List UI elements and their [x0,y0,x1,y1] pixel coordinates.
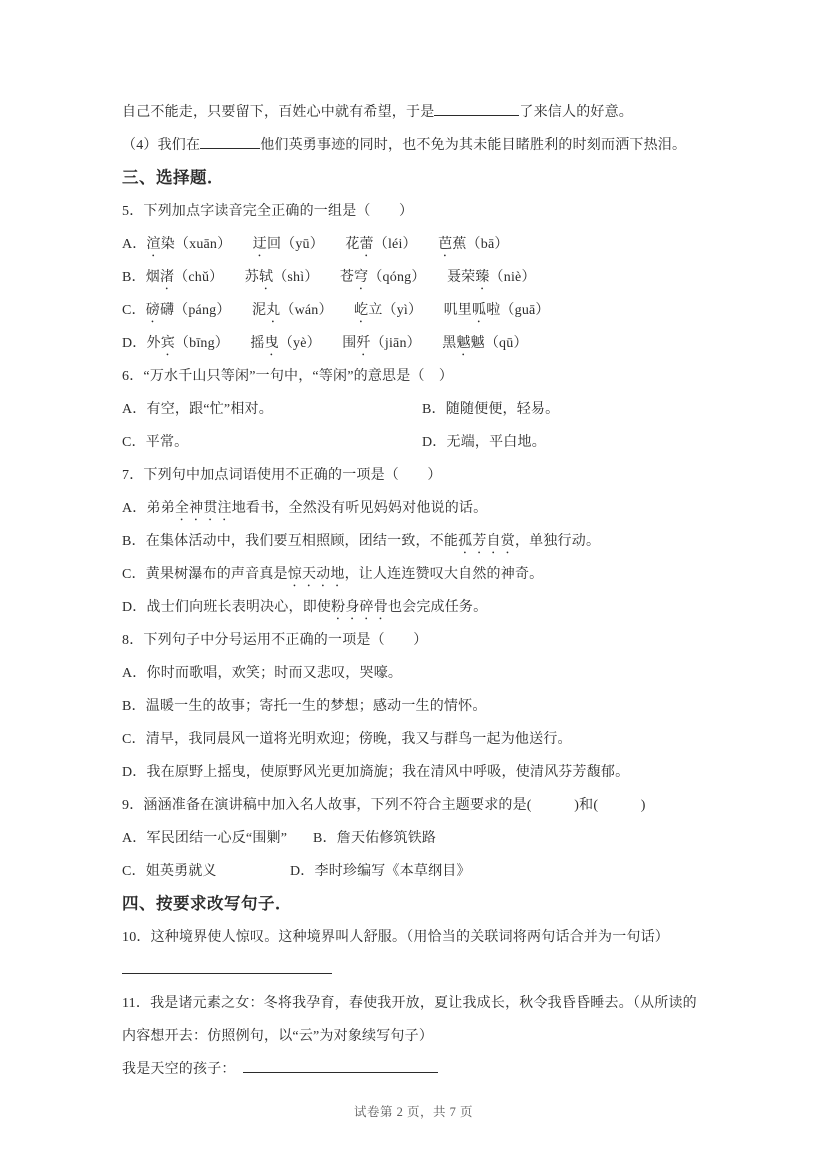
text-segment: A．你时而歌唱，欢笑；时而又悲叹，哭嚎。 [122,666,402,681]
text-segment: D．无端，平白地。 [422,435,546,450]
text-segment: 自己不能走，只要留下，百姓心中就有希望，于是 [122,105,434,120]
text-segment: C．清早，我同晨风一道将光明欢迎；傍晚，我又与群鸟一起为他送行。 [122,732,572,747]
text-segment: 啦（guā） [486,303,549,318]
text-segment: （4）我们在 [122,138,200,153]
q6-options-ab: A．有空，跟“忙”相对。B．随随便便，轻易。 [122,393,706,426]
q6-options-cd: C．平常。D．无端，平白地。 [122,426,706,459]
text-segment: 惊天动地 [288,567,345,582]
text-segment: 四、按要求改写句子． [122,895,292,913]
text-segment: 礴（páng） 泥 [160,303,266,318]
fill-blank-sentence-continued: 自己不能走，只要留下，百姓心中就有希望，于是了来信人的好意。 [122,96,706,129]
text-segment: 立（yì） 叽里 [368,303,472,318]
text-segment: 5．下列加点字读音完全正确的一组是（ ） [122,204,413,219]
q10-answer-line [122,954,706,987]
text-segment: 8．下列句子中分号运用不正确的一项是（ ） [122,633,427,648]
text-segment: D．战士们向班长表明决心，即使 [122,600,331,615]
text-segment: 染（xuān） [161,237,253,252]
text-segment: 地看书，全然没有听见妈妈对他说的话。 [232,501,488,516]
text-segment: 曳 [265,336,279,351]
text-segment: 魆 [456,336,470,351]
text-segment: ，单独行动。 [515,534,600,549]
text-segment: 渚 [160,270,174,285]
text-segment: B．温暖一生的故事；寄托一生的梦想；感动一生的情怀。 [122,699,487,714]
q5-stem: 5．下列加点字读音完全正确的一组是（ ） [122,195,706,228]
text-segment: 歼 [356,336,370,351]
text-segment: 屹 [354,303,368,318]
answer-blank [122,970,332,974]
text-segment: （jiān） 黑 [371,336,457,351]
text-segment: 蕉（bā） [452,237,508,252]
text-segment: B．在集体活动中，我们要互相照顾，团结一致，不能 [122,534,458,549]
text-segment: 10．这种境界使人惊叹。这种境界叫人舒服。（用恰当的关联词将两句话合并为一句话） [122,930,669,945]
text-segment: 他们英勇事迹的同时，也不免为其未能目睹胜利的时刻而洒下热泪。 [260,138,686,153]
text-segment: （léi） [374,237,438,252]
text-segment: （chǔ） 苏 [174,270,259,285]
q6-stem: 6．“万水千山只等闲”一句中，“等闲”的意思是（ ） [122,360,706,393]
text-segment: A．军民团结一心反“围剿” [122,822,313,855]
text-segment: 了来信人的好意。 [519,105,633,120]
page-number-text: 试卷第 2 页，共 7 页 [354,1105,473,1119]
text-segment: 迂 [253,237,267,252]
text-segment: 7．下列句中加点词语使用不正确的一项是（ ） [122,468,442,483]
text-segment: B．烟 [122,270,160,285]
text-segment: 全神贯注 [175,501,232,516]
q11-answer-prompt: 我是天空的孩子： [122,1053,706,1086]
text-segment: A． [122,237,147,252]
text-segment: C． [122,303,146,318]
q5-option-c: C．磅礴（páng） 泥丸（wán） 屹立（yì） 叽里呱啦（guā） [122,294,706,327]
q5-option-d: D．外宾（bīng） 摇曳（yè） 围歼（jiān） 黑魆魆（qū） [122,327,706,360]
answer-blank [200,145,260,149]
text-segment: 轼 [259,270,273,285]
q9-options-ab: A．军民团结一心反“围剿”B．詹天佑修筑铁路 [122,822,706,855]
text-segment: （niè） [490,270,536,285]
text-segment: 9．涵涵准备在演讲稿中加入名人故事，下列不符合主题要求的是( )和( ) [122,798,646,813]
section-3-heading: 三、选择题． [122,162,706,195]
fill-blank-item-4: （4）我们在他们英勇事迹的同时，也不免为其未能目睹胜利的时刻而洒下热泪。 [122,129,706,162]
text-segment: 我是天空的孩子： [122,1062,243,1077]
text-segment: B．詹天佑修筑铁路 [313,831,436,846]
text-segment: 魆（qū） [471,336,528,351]
answer-blank [243,1069,438,1073]
exam-page: 自己不能走，只要留下，百姓心中就有希望，于是了来信人的好意。（4）我们在他们英勇… [0,0,827,1169]
text-segment: （yè） 围 [279,336,357,351]
text-segment: 穹 [354,270,368,285]
text-segment: 呱 [472,303,486,318]
q7-option-a: A．弟弟全神贯注地看书，全然没有听见妈妈对他说的话。 [122,492,706,525]
text-segment: （bīng） 摇 [175,336,265,351]
text-segment: A．弟弟 [122,501,175,516]
text-segment: 渲 [147,237,161,252]
text-segment: （qóng） 聂荣 [368,270,475,285]
q10-stem: 10．这种境界使人惊叹。这种境界叫人舒服。（用恰当的关联词将两句话合并为一句话） [122,921,706,954]
q5-option-a: A．渲染（xuān） 迂回（yū） 花蕾（léi） 芭蕉（bā） [122,228,706,261]
q7-option-b: B．在集体活动中，我们要互相照顾，团结一致，不能孤芳自赏，单独行动。 [122,525,706,558]
text-segment: 臻 [475,270,489,285]
text-segment: 宾 [161,336,175,351]
q7-option-d: D．战士们向班长表明决心，即使粉身碎骨也会完成任务。 [122,591,706,624]
text-segment: C．姐英勇就义 [122,855,290,888]
text-segment: C．黄果树瀑布的声音真是 [122,567,288,582]
text-segment: B．随随便便，轻易。 [422,402,559,417]
text-segment: 孤芳自赏 [458,534,515,549]
text-segment: （shì） 苍 [273,270,354,285]
q8-option-c: C．清早，我同晨风一道将光明欢迎；傍晚，我又与群鸟一起为他送行。 [122,723,706,756]
q7-stem: 7．下列句中加点词语使用不正确的一项是（ ） [122,459,706,492]
text-segment: 芭 [438,237,452,252]
text-segment: 三、选择题． [122,169,224,187]
text-segment: 11．我是诸元素之女：冬将我孕育，春使我开放，夏让我成长，秋令我昏昏睡去。（从所… [122,996,697,1044]
page-footer: 试卷第 2 页，共 7 页 [0,1102,827,1120]
q9-stem: 9．涵涵准备在演讲稿中加入名人故事，下列不符合主题要求的是( )和( ) [122,789,706,822]
text-segment: 丸 [266,303,280,318]
text-segment: 回（yū） 花 [267,237,360,252]
q8-stem: 8．下列句子中分号运用不正确的一项是（ ） [122,624,706,657]
text-segment: 也会完成任务。 [388,600,487,615]
q5-option-b: B．烟渚（chǔ） 苏轼（shì） 苍穹（qóng） 聂荣臻（niè） [122,261,706,294]
q11-stem: 11．我是诸元素之女：冬将我孕育，春使我开放，夏让我成长，秋令我昏昏睡去。（从所… [122,987,706,1053]
q8-option-a: A．你时而歌唱，欢笑；时而又悲叹，哭嚎。 [122,657,706,690]
text-segment: D．外 [122,336,161,351]
text-segment: D．我在原野上摇曳，使原野风光更加旖旎；我在清风中呼吸，使清风芬芳馥郁。 [122,765,629,780]
q8-option-b: B．温暖一生的故事；寄托一生的梦想；感动一生的情怀。 [122,690,706,723]
document-body: 自己不能走，只要留下，百姓心中就有希望，于是了来信人的好意。（4）我们在他们英勇… [122,96,706,1086]
text-segment: 蕾 [360,237,374,252]
q9-options-cd: C．姐英勇就义D．李时珍编写《本草纲目》 [122,855,706,888]
text-segment: 6．“万水千山只等闲”一句中，“等闲”的意思是（ ） [122,369,453,384]
q7-option-c: C．黄果树瀑布的声音真是惊天动地，让人连连赞叹大自然的神奇。 [122,558,706,591]
answer-blank [434,112,519,116]
text-segment: A．有空，跟“忙”相对。 [122,393,422,426]
text-segment: D．李时珍编写《本草纲目》 [290,864,471,879]
text-segment: ，让人连连赞叹大自然的神奇。 [345,567,544,582]
text-segment: C．平常。 [122,426,422,459]
text-segment: 磅 [146,303,160,318]
section-4-heading: 四、按要求改写句子． [122,888,706,921]
q8-option-d: D．我在原野上摇曳，使原野风光更加旖旎；我在清风中呼吸，使清风芬芳馥郁。 [122,756,706,789]
text-segment: （wán） [280,303,354,318]
text-segment: 粉身碎骨 [331,600,388,615]
